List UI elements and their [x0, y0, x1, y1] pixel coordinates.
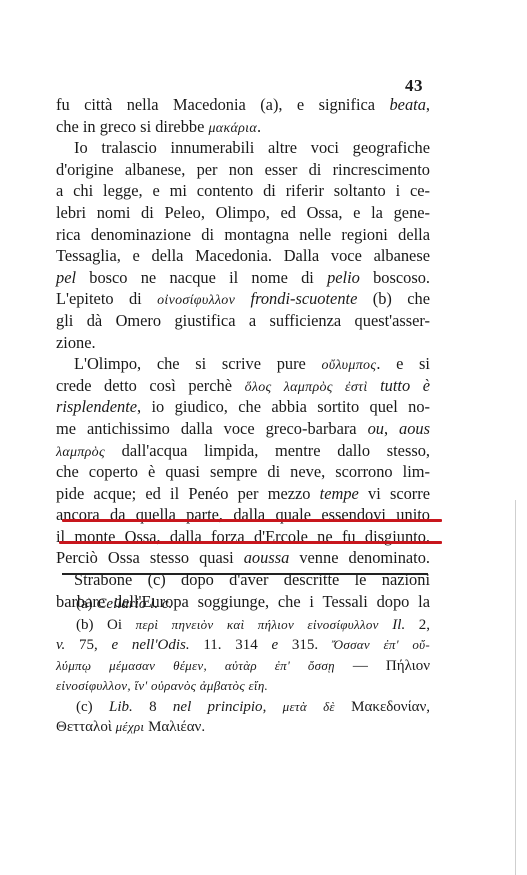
body-line: crede detto così perchè ὅλος λαμπρὸς ἐστ…: [56, 375, 430, 397]
body-line: Io tralascio innumerabili altre voci geo…: [56, 137, 430, 159]
body-line: pide acque; ed il Penéo per mezzo tempe …: [56, 483, 430, 505]
greek-word: οἰνοσίφυλλον: [157, 293, 235, 308]
body-line: zione.: [56, 332, 430, 354]
greek-word: λαμπρὸς: [56, 445, 105, 460]
footnote-b-cont: λύμπῳ μέμασαν θέμεν, αὐτὰρ ἐπ' ὄσσῃ — Πή…: [56, 656, 430, 677]
body-line: L'epiteto di οἰνοσίφυλλον frondi-scuoten…: [56, 288, 430, 310]
body-line: me antichissimo dalla voce greco-barbara…: [56, 418, 430, 440]
greek-word: οὔλυμπος: [322, 358, 377, 373]
body-line: che in greco si direbbe μακάρια.: [56, 116, 430, 138]
red-underline-annotation: [62, 519, 442, 522]
footnote-b: (b) Oi περὶ πηνειὸν καὶ πήλιον εἰνοσίφυλ…: [56, 615, 430, 636]
body-line: d'origine albanese, per non esser di rin…: [56, 159, 430, 181]
body-line: pel bosco ne nacque il nome di pelio bos…: [56, 267, 430, 289]
body-line: Perciò Ossa stesso quasi aoussa venne de…: [56, 547, 430, 569]
page-number: 43: [405, 76, 423, 96]
body-line: lebri nomi di Peleo, Olimpo, ed Ossa, e …: [56, 202, 430, 224]
body-text: fu città nella Macedonia (a), e signific…: [56, 94, 430, 612]
body-line: Tessaglia, e della Macedonia. Dalla voce…: [56, 245, 430, 267]
greek-phrase: ὅλος λαμπρὸς ἐστὶ: [245, 380, 368, 395]
body-line: λαμπρὸς dall'acqua limpida, mentre dallo…: [56, 440, 430, 462]
greek-word: μακάρια: [208, 121, 257, 136]
footnote-c-cont: Θετταλοὶ μέχρι Μαλιέαν.: [56, 717, 430, 738]
footnote-a: (a) Cellario l. c.: [56, 594, 430, 615]
page-edge-line: [515, 500, 516, 875]
footnote-b-cont: v. 75, e nell'Odis. 11. 314 e 315. Ὄσσαν…: [56, 635, 430, 656]
body-line: rica denominazione di montagna nelle reg…: [56, 224, 430, 246]
footnote-b-cont: εἰνοσίφυλλον, ἵν' οὐρανὸς ἀμβατὸς εἴη.: [56, 676, 430, 697]
body-line: risplendente, io giudico, che abbia sort…: [56, 396, 430, 418]
body-line: ancora da quella parte, dalla quale esse…: [56, 504, 430, 526]
footnote-c: (c) Lib. 8 nel principio, μετὰ δὲ Μακεδο…: [56, 697, 430, 718]
body-line: che coperto è quasi sempre di neve, scor…: [56, 461, 430, 483]
footnotes: (a) Cellario l. c. (b) Oi περὶ πηνειὸν κ…: [56, 594, 430, 738]
body-line: fu città nella Macedonia (a), e signific…: [56, 94, 430, 116]
footnote-separator-rule: [62, 573, 428, 575]
body-line: gli dà Omero giustifica a sufficienza qu…: [56, 310, 430, 332]
scanned-book-page: 43 fu città nella Macedonia (a), e signi…: [0, 0, 527, 875]
body-line: il monte Ossa, dalla forza d'Ercole ne f…: [56, 526, 430, 548]
red-underline-annotation: [59, 541, 442, 544]
body-line: a chi legge, e mi contento di riferir so…: [56, 180, 430, 202]
body-line: L'Olimpo, che si scrive pure οὔλυμπος. e…: [56, 353, 430, 375]
